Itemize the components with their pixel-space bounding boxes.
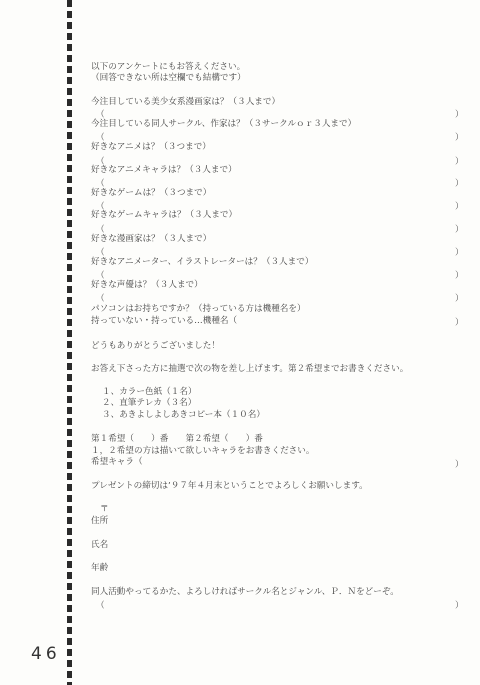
answer-paren-close: ） [455,131,464,143]
question-label: 好きなアニメは？（３つまで） [91,142,211,153]
question-label: 好きなゲームは？（３つまで） [91,188,211,199]
prize-item: ３、あきよしよしあきコピー本（１０名） [102,410,265,421]
answer-paren-close: ） [455,292,464,304]
prize-item: ２、直筆テレカ（３名） [102,398,196,409]
answer-paren-close: ） [455,155,464,167]
prize-item: １、カラー色紙（１名） [102,387,197,398]
thanks-text: どうもありがとうございました！ [91,341,220,352]
answer-paren-close: ） [455,458,464,470]
question-label: 今注目している同人サークル、作家は？（３サークルｏｒ３人まで） [91,119,356,130]
answer-paren-close: ） [455,108,464,120]
pc-answer-prefix: 持っていない・持っている…機種名（ [91,316,237,327]
question-label: 好きなアニメーター、イラストレーターは？（３人まで） [91,257,313,268]
pc-question-label: パソコンはお持ちですか？（持っている方は機種名を） [91,304,306,315]
choice-line: 第１希望（ ）番 第２希望（ ）番 [91,434,263,445]
answer-paren-close: ） [455,246,464,258]
answer-paren-close: ） [455,269,464,281]
present-intro: お答え下さった方に抽選で次の物を差し上げます。第２希望までお書きください。 [91,364,408,375]
binding-dashed-line [67,0,72,685]
answer-paren-close: ） [455,200,464,212]
answer-paren-close: ） [455,223,464,235]
character-request: １，２希望の方は描いて欲しいキャラをお書きください。 [91,446,314,457]
circle-request: 同人活動やってるかた、よろしければサークル名とジャンル、Ｐ．Ｎをどーぞ。 [91,587,399,598]
address-label: 住所 [91,516,108,527]
intro-line-2: （回答できない所は空欄でも結構です） [91,73,246,84]
postal-mark: 〒 [100,504,109,515]
age-label: 年齢 [91,563,108,574]
question-label: 好きな漫画家は？（３人まで） [91,234,211,245]
answer-paren-close: ） [455,177,464,189]
question-label: 好きなアニメキャラは？（３人まで） [91,165,237,176]
answer-paren-open: （ [96,599,105,611]
character-field-label: 希望キャラ（ [91,457,143,468]
intro-line-1: 以下のアンケートにもお答えください。 [91,62,245,73]
question-label: 今注目している美少女系漫画家は？（３人まで） [91,97,280,108]
answer-paren-close: ） [455,599,464,611]
question-label: 好きな声優は？（３人まで） [91,280,203,291]
name-label: 氏名 [91,540,108,551]
answer-paren-close: ） [455,316,464,328]
answer-paren-open: （ [96,292,105,304]
deadline-text: プレゼントの締切は’９７年４月末ということでよろしくお願いします。 [91,481,368,492]
page-number: 46 [31,644,61,664]
question-label: 好きなゲームキャラは？（３人まで） [91,210,237,221]
